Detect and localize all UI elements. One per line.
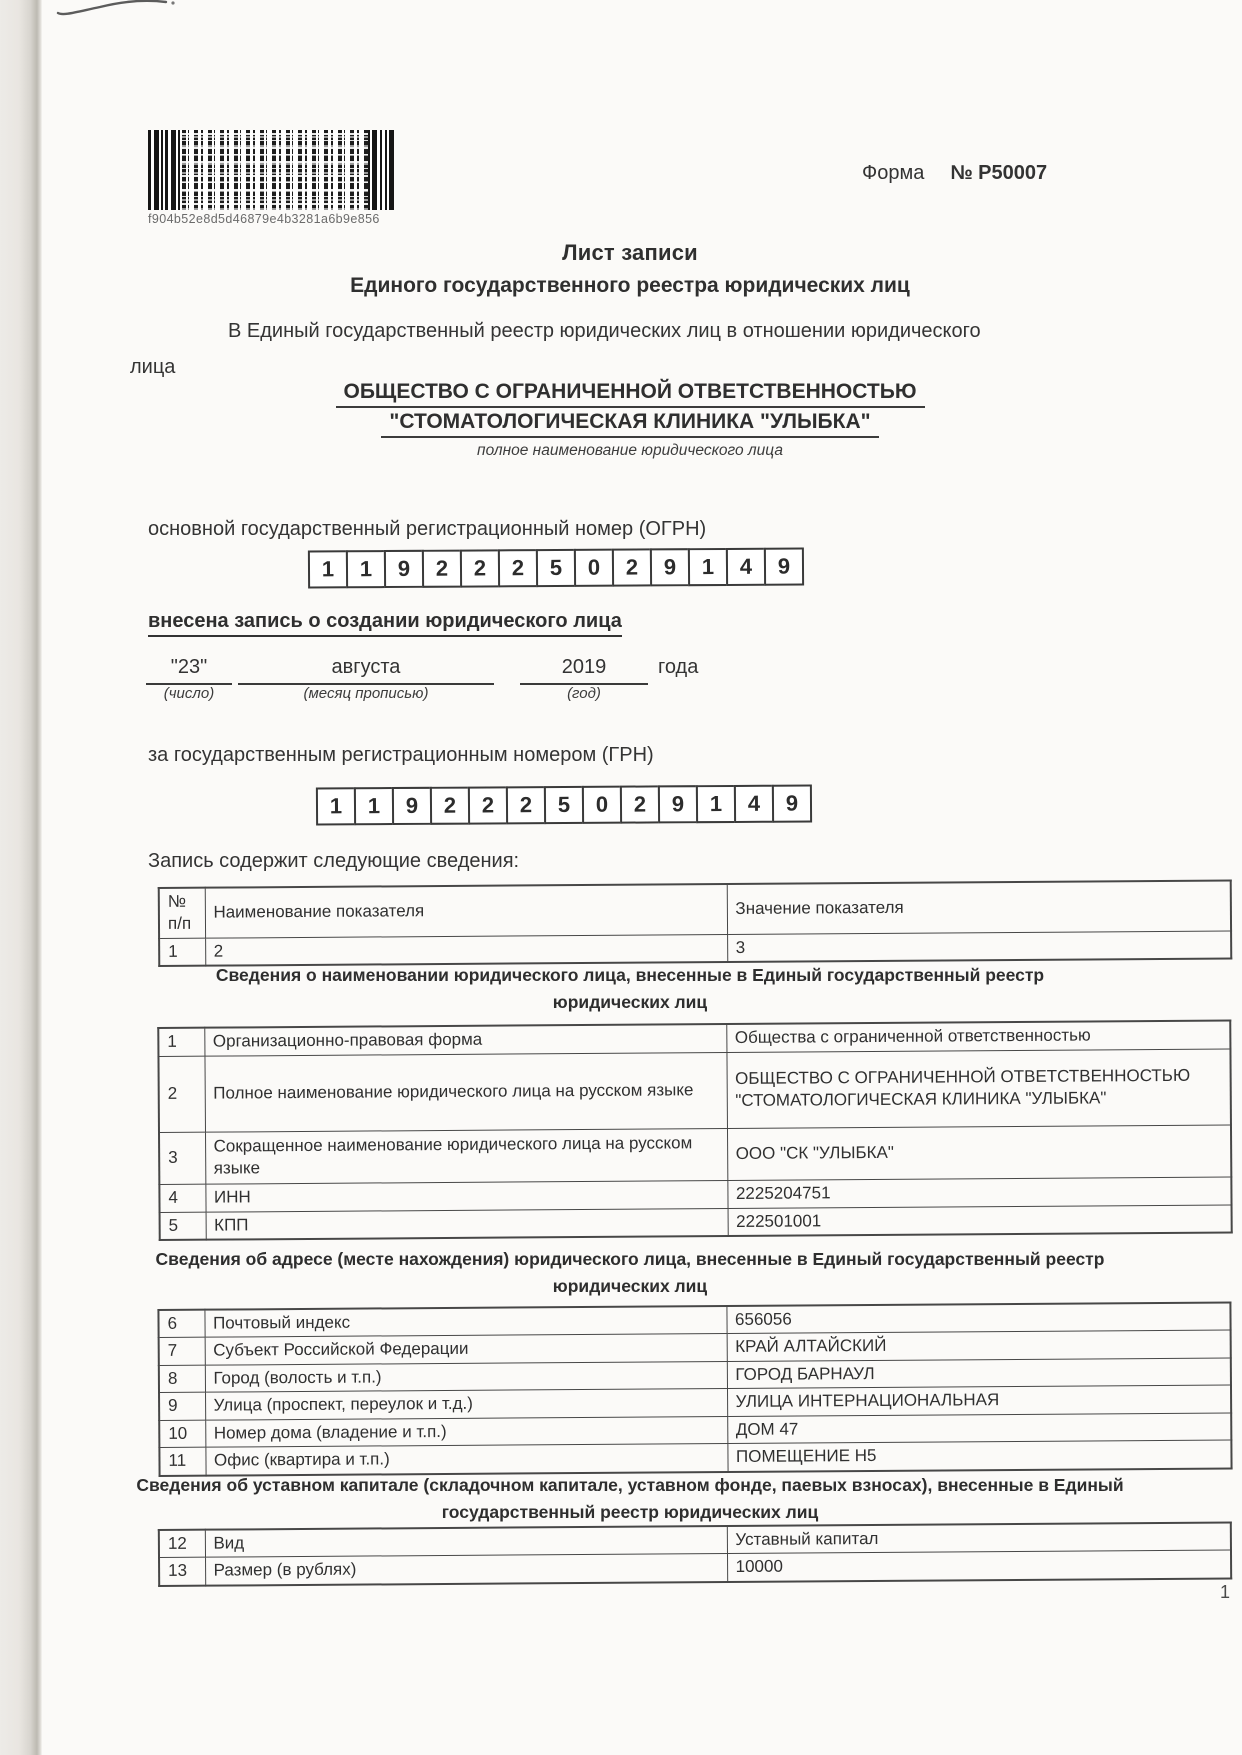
pdf417-barcode bbox=[148, 130, 394, 210]
ogrn-digit-box: 4 bbox=[726, 548, 766, 586]
grn-digit-box: 0 bbox=[582, 786, 622, 824]
form-number: Форма № Р50007 bbox=[862, 162, 1047, 185]
company-name-line1-wrap: ОБЩЕСТВО С ОГРАНИЧЕННОЙ ОТВЕТСТВЕННОСТЬЮ bbox=[130, 380, 1130, 408]
ogrn-digit-box: 9 bbox=[764, 547, 804, 585]
row-num: 8 bbox=[159, 1365, 205, 1393]
ogrn-digit-box: 9 bbox=[384, 550, 424, 588]
row-value: 2225204751 bbox=[727, 1177, 1231, 1209]
section-heading-text: Сведения об адресе (месте нахождения) юр… bbox=[155, 1246, 1105, 1300]
section-heading-text: Сведения о наименовании юридического лиц… bbox=[165, 962, 1095, 1016]
grn-digit-box: 2 bbox=[430, 787, 470, 825]
record-table-header: № п/п Наименование показателя Значение п… bbox=[158, 880, 1233, 968]
row-label: Сокращенное наименование юридического ли… bbox=[205, 1128, 727, 1184]
ogrn-digit-box: 1 bbox=[688, 548, 728, 586]
row-value: ОБЩЕСТВО С ОГРАНИЧЕННОЙ ОТВЕТСТВЕННОСТЬЮ… bbox=[726, 1049, 1231, 1129]
doc-subtitle: Единого государственного реестра юридиче… bbox=[130, 274, 1130, 298]
ogrn-digit-strip: 1 1 9 2 2 2 5 0 2 9 1 4 9 bbox=[308, 547, 804, 588]
ogrn-digit-box: 2 bbox=[460, 549, 500, 587]
row-label: Размер (в рублях) bbox=[205, 1554, 727, 1586]
col-number-cell: 3 bbox=[727, 931, 1231, 962]
grn-digit-strip: 1 1 9 2 2 2 5 0 2 9 1 4 9 bbox=[316, 784, 812, 825]
date-month-caption: (месяц прописью) bbox=[238, 685, 494, 702]
ogrn-digit-box: 1 bbox=[346, 550, 386, 588]
barcode-caption: f904b52e8d5d46879e4b3281a6b9e856 bbox=[148, 212, 394, 226]
form-label: Форма bbox=[862, 162, 924, 185]
row-label: Полное наименование юридического лица на… bbox=[204, 1052, 727, 1132]
company-name-line2-wrap: "СТОМАТОЛОГИЧЕСКАЯ КЛИНИКА "УЛЫБКА" bbox=[130, 410, 1130, 438]
row-value: УЛИЦА ИНТЕРНАЦИОНАЛЬНАЯ bbox=[727, 1385, 1231, 1416]
row-label: КПП bbox=[206, 1208, 728, 1240]
row-label: Вид bbox=[205, 1526, 727, 1558]
col-header-value: Значение показателя bbox=[727, 881, 1231, 935]
ogrn-digit-box: 1 bbox=[308, 550, 348, 588]
record-statement: внесена запись о создании юридического л… bbox=[148, 610, 622, 637]
date-month-value: августа bbox=[238, 656, 494, 679]
row-num: 10 bbox=[159, 1420, 205, 1448]
row-num: 7 bbox=[159, 1338, 205, 1366]
row-value: КРАЙ АЛТАЙСКИЙ bbox=[727, 1330, 1231, 1361]
grn-digit-box: 9 bbox=[392, 787, 432, 825]
date-day-caption: (число) bbox=[146, 685, 232, 702]
row-label: Офис (квартира и т.п.) bbox=[205, 1444, 727, 1476]
date-day-value: "23" bbox=[146, 656, 232, 679]
col-header-num-line1: № bbox=[168, 891, 197, 914]
section-heading-text: Сведения об уставном капитале (складочно… bbox=[130, 1472, 1130, 1526]
row-num: 5 bbox=[160, 1212, 206, 1240]
row-value: 10000 bbox=[727, 1550, 1231, 1581]
company-name-line1: ОБЩЕСТВО С ОГРАНИЧЕННОЙ ОТВЕТСТВЕННОСТЬЮ bbox=[336, 380, 925, 408]
grn-digit-box: 2 bbox=[506, 786, 546, 824]
section-heading-names: Сведения о наименовании юридического лиц… bbox=[130, 962, 1130, 1016]
date-day-field: "23" (число) bbox=[146, 656, 232, 702]
row-value: 656056 bbox=[726, 1303, 1230, 1334]
date-year-value: 2019 bbox=[520, 656, 648, 679]
company-caption: полное наименование юридического лица bbox=[130, 442, 1130, 460]
row-value: 222501001 bbox=[728, 1205, 1232, 1237]
row-value: ПОМЕЩЕНИЕ Н5 bbox=[727, 1440, 1231, 1471]
ogrn-digit-box: 9 bbox=[650, 548, 690, 586]
row-label: Субъект Российской Федерации bbox=[205, 1334, 727, 1365]
row-value: ГОРОД БАРНАУЛ bbox=[727, 1358, 1231, 1389]
grn-digit-box: 2 bbox=[620, 785, 660, 823]
section-table-capital: 12 Вид Уставный капитал 13 Размер (в руб… bbox=[158, 1522, 1232, 1587]
doc-title: Лист записи bbox=[130, 240, 1130, 266]
company-name-line2: "СТОМАТОЛОГИЧЕСКАЯ КЛИНИКА "УЛЫБКА" bbox=[381, 410, 878, 438]
barcode-start-bars bbox=[148, 130, 182, 210]
col-header-num-line2: п/п bbox=[168, 913, 197, 936]
date-year-suffix: года bbox=[658, 656, 698, 679]
section-heading-capital: Сведения об уставном капитале (складочно… bbox=[130, 1472, 1130, 1526]
row-num: 3 bbox=[159, 1132, 205, 1184]
row-label: Номер дома (владение и т.п.) bbox=[205, 1416, 727, 1447]
ogrn-digit-box: 2 bbox=[498, 549, 538, 587]
grn-digit-box: 1 bbox=[696, 785, 736, 823]
ogrn-digit-box: 2 bbox=[422, 550, 462, 588]
row-label: Улица (проспект, переулок и т.д.) bbox=[205, 1389, 727, 1420]
row-value: ДОМ 47 bbox=[727, 1413, 1231, 1444]
section-heading-address: Сведения об адресе (месте нахождения) юр… bbox=[130, 1246, 1130, 1300]
grn-digit-box: 9 bbox=[772, 784, 812, 822]
row-num: 12 bbox=[159, 1530, 205, 1558]
grn-digit-box: 5 bbox=[544, 786, 584, 824]
ogrn-label: основной государственный регистрационный… bbox=[148, 518, 706, 541]
grn-label: за государственным регистрационным номер… bbox=[148, 744, 654, 767]
row-label: Организационно-правовая форма bbox=[204, 1024, 726, 1056]
table-row: 3 Сокращенное наименование юридического … bbox=[159, 1125, 1231, 1184]
record-statement-wrap: внесена запись о создании юридического л… bbox=[148, 610, 622, 633]
barcode-stop-bars bbox=[368, 130, 394, 210]
page-curl-mark bbox=[50, 0, 180, 18]
col-header-name: Наименование показателя bbox=[205, 884, 727, 938]
row-value: Уставный капитал bbox=[727, 1523, 1231, 1554]
grn-digit-box: 2 bbox=[468, 786, 508, 824]
intro-line2: лица bbox=[130, 356, 175, 379]
ogrn-digit-box: 5 bbox=[536, 549, 576, 587]
row-label: Почтовый индекс bbox=[204, 1306, 726, 1338]
row-num: 6 bbox=[158, 1310, 204, 1338]
row-num: 4 bbox=[159, 1184, 205, 1212]
row-value: ООО "СК "УЛЫБКА" bbox=[727, 1125, 1231, 1181]
row-num: 13 bbox=[159, 1558, 205, 1586]
grn-digit-box: 1 bbox=[316, 787, 356, 825]
scanned-document-page: f904b52e8d5d46879e4b3281a6b9e856 Форма №… bbox=[0, 0, 1242, 1755]
row-num: 1 bbox=[158, 1028, 204, 1056]
page-number: 1 bbox=[1220, 1582, 1230, 1603]
row-num: 9 bbox=[159, 1392, 205, 1420]
row-label: ИНН bbox=[205, 1180, 727, 1212]
col-header-num: № п/п bbox=[159, 888, 205, 939]
intro-line1: В Единый государственный реестр юридичес… bbox=[228, 320, 981, 343]
barcode-block: f904b52e8d5d46879e4b3281a6b9e856 bbox=[148, 130, 394, 226]
date-year-caption: (год) bbox=[520, 685, 648, 702]
section-table-address: 6 Почтовый индекс 656056 7 Субъект Росси… bbox=[157, 1302, 1232, 1477]
table-note: Запись содержит следующие сведения: bbox=[148, 850, 519, 873]
date-year-field: 2019 (год) bbox=[520, 656, 648, 702]
barcode-data-area bbox=[182, 130, 368, 210]
ogrn-digit-box: 0 bbox=[574, 549, 614, 587]
date-month-field: августа (месяц прописью) bbox=[238, 656, 494, 702]
row-value: Общества с ограниченной ответственностью bbox=[726, 1021, 1230, 1053]
section-table-names: 1 Организационно-правовая форма Общества… bbox=[157, 1020, 1232, 1241]
table-row: 2 Полное наименование юридического лица … bbox=[158, 1049, 1231, 1132]
scan-edge-shadow bbox=[0, 0, 42, 1755]
form-number-value: № Р50007 bbox=[950, 162, 1047, 185]
ogrn-digit-box: 2 bbox=[612, 548, 652, 586]
row-label: Город (волость и т.п.) bbox=[205, 1361, 727, 1392]
grn-digit-box: 9 bbox=[658, 785, 698, 823]
grn-digit-box: 1 bbox=[354, 787, 394, 825]
grn-digit-box: 4 bbox=[734, 785, 774, 823]
row-num: 2 bbox=[158, 1056, 205, 1132]
